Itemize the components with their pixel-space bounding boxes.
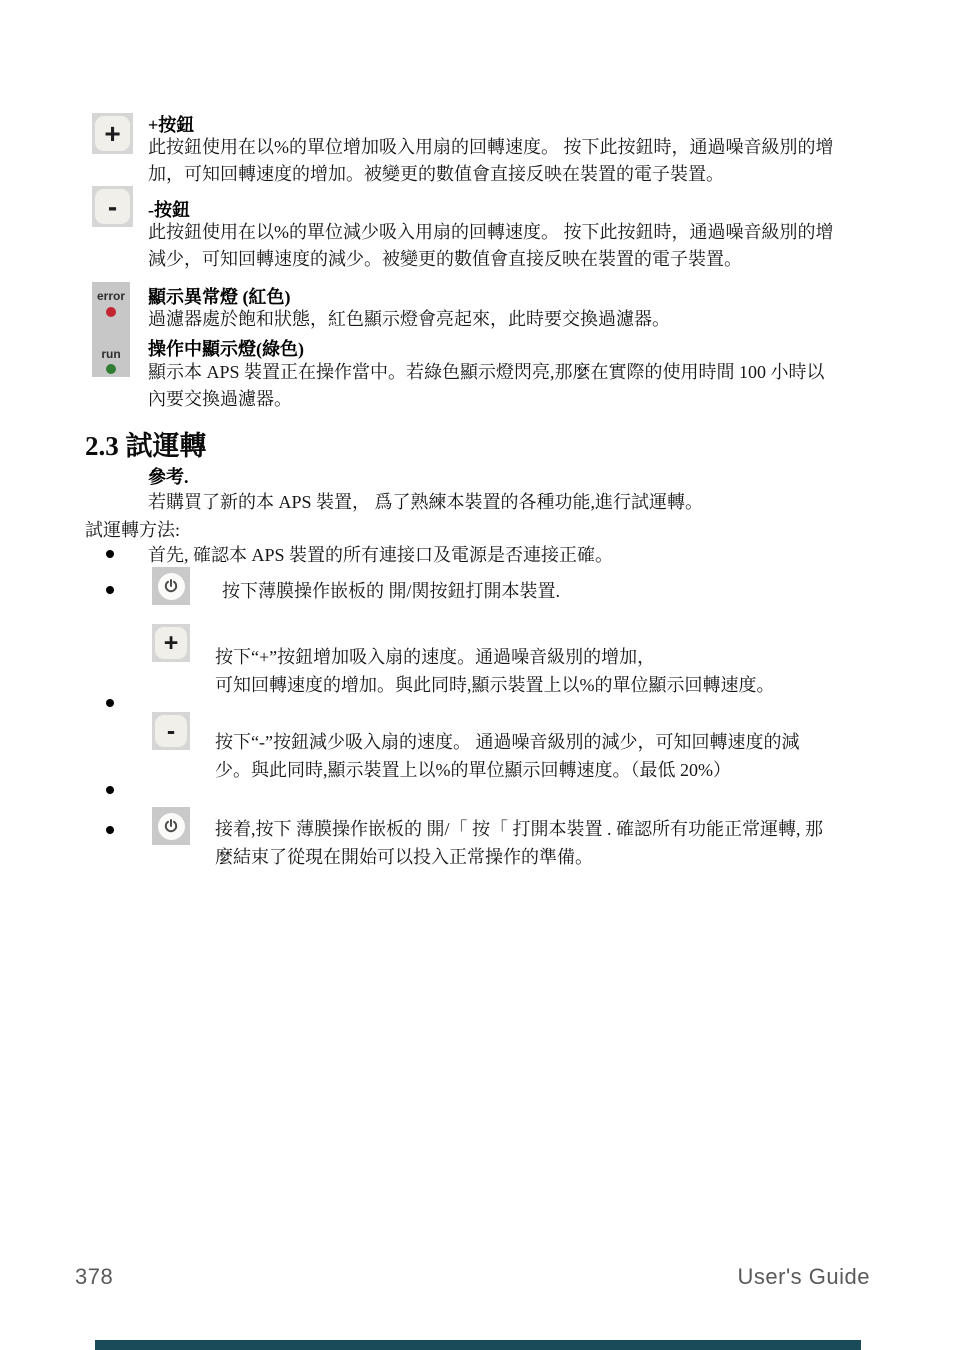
power-button-icon-1 [152, 567, 190, 605]
plus-button-description: 此按鈕使用在以%的單位增加吸入用扇的回轉速度。 按下此按鈕時，通過噪音級別的增 … [148, 134, 834, 188]
error-light-description: 過濾器處於飽和狀態，紅色顯示燈會亮起來，此時要交換過濾器。 [148, 306, 670, 333]
minus-button-description: 此按鈕使用在以%的單位減少吸入用扇的回轉速度。 按下此按鈕時，通過噪音級別的增 … [148, 219, 834, 273]
step4-line2: 少。與此同時,顯示裝置上以%的單位顯示回轉速度。（最低 20%） [215, 756, 799, 784]
bullet-marker-2 [106, 586, 114, 594]
minus-desc-line1: 此按鈕使用在以%的單位減少吸入用扇的回轉速度。 按下此按鈕時，通過噪音級別的增 [148, 219, 834, 246]
minus-glyph: - [95, 189, 130, 224]
step5-line2: 麼結束了從現在開始可以投入正常操作的準備。 [215, 843, 823, 871]
note-title: 參考. [148, 463, 189, 489]
run-light-description: 顯示本 APS 裝置正在操作當中。若綠色顯示燈閃亮,那麼在實際的使用時間 100… [148, 359, 825, 413]
power-symbol-1 [163, 578, 179, 594]
run-light-title: 操作中顯示燈(綠色) [148, 335, 304, 361]
power-symbol-2 [163, 818, 179, 834]
bullet-marker-5 [106, 826, 114, 834]
run-indicator-dot [106, 364, 116, 374]
step3-text: 按下“+”按鈕增加吸入扇的速度。通過噪音級別的增加， 可知回轉速度的增加。與此同… [215, 643, 775, 699]
indicator-panel: error run [92, 282, 130, 377]
error-indicator-dot [106, 307, 116, 317]
step3-line2: 可知回轉速度的增加。與此同時,顯示裝置上以%的單位顯示回轉速度。 [215, 671, 775, 699]
section-heading: 2.3 試運轉 [85, 424, 207, 463]
step4-line1: 按下“-”按鈕減少吸入扇的速度。 通過噪音級別的減少，可知回轉速度的減 [215, 728, 799, 756]
note-body: 若購買了新的本 APS 裝置， 爲了熟練本裝置的各種功能,進行試運轉。 [148, 488, 703, 514]
page-number: 378 [75, 1264, 113, 1290]
plus-glyph-small: + [155, 627, 187, 659]
bullet-marker-4 [106, 786, 114, 794]
power-circle-2 [158, 813, 185, 840]
run-desc-line2: 內要交換過濾器。 [148, 386, 825, 413]
plus-button-icon: + [92, 113, 133, 154]
run-indicator-label: run [92, 348, 130, 360]
step2-text: 按下薄膜操作嵌板的 開/関按鈕打開本裝置. [222, 577, 560, 603]
run-desc-line1: 顯示本 APS 裝置正在操作當中。若綠色顯示燈閃亮,那麼在實際的使用時間 100… [148, 359, 825, 386]
minus-button-icon-small: - [152, 712, 190, 750]
guide-label: User's Guide [738, 1264, 870, 1290]
bullet-marker-1 [106, 550, 114, 558]
error-desc-line: 過濾器處於飽和狀態，紅色顯示燈會亮起來，此時要交換過濾器。 [148, 306, 670, 333]
plus-desc-line1: 此按鈕使用在以%的單位增加吸入用扇的回轉速度。 按下此按鈕時，通過噪音級別的增 [148, 134, 834, 161]
power-button-icon-2 [152, 807, 190, 845]
method-label: 試運轉方法: [85, 516, 180, 542]
manual-page: + +按鈕 此按鈕使用在以%的單位增加吸入用扇的回轉速度。 按下此按鈕時，通過噪… [0, 0, 954, 1350]
minus-button-icon: - [92, 186, 133, 227]
plus-button-icon-small: + [152, 624, 190, 662]
power-circle-1 [158, 573, 185, 600]
step3-line1: 按下“+”按鈕增加吸入扇的速度。通過噪音級別的增加， [215, 643, 775, 671]
step5-line1: 接着,按下 薄膜操作嵌板的 開/「 按「 打開本裝置 . 確認所有功能正常運轉,… [215, 815, 823, 843]
step1-text: 首先, 確認本 APS 裝置的所有連接口及電源是否連接正確。 [148, 541, 613, 567]
bullet-marker-3 [106, 699, 114, 707]
step5-text: 接着,按下 薄膜操作嵌板的 開/「 按「 打開本裝置 . 確認所有功能正常運轉,… [215, 815, 823, 871]
minus-glyph-small: - [155, 715, 187, 747]
minus-desc-line2: 減少，可知回轉速度的減少。被變更的數值會直接反映在裝置的電子裝置。 [148, 246, 834, 273]
step4-text: 按下“-”按鈕減少吸入扇的速度。 通過噪音級別的減少，可知回轉速度的減 少。與此… [215, 728, 799, 784]
footer-accent-bar [95, 1340, 861, 1350]
plus-desc-line2: 加，可知回轉速度的增加。被變更的數值會直接反映在裝置的電子裝置。 [148, 161, 834, 188]
plus-glyph: + [95, 116, 130, 151]
error-indicator-label: error [92, 290, 130, 302]
